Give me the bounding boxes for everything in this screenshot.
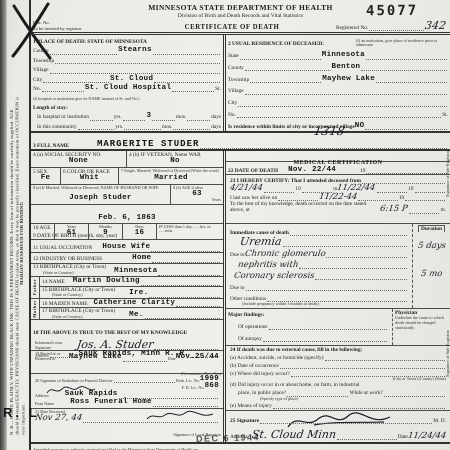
dotted-line bbox=[187, 113, 210, 121]
occupation-label: 11 USUAL OCCUPATION bbox=[33, 245, 92, 251]
age-label: 10 AGE bbox=[33, 225, 52, 231]
row-occupation: 11 USUAL OCCUPATIONHouse Wife bbox=[31, 240, 223, 253]
dotted-line bbox=[78, 122, 115, 130]
dotted-line bbox=[280, 361, 445, 369]
father-section: Father 14 NAMEMartin Dowling 15 BIRTHPLA… bbox=[31, 277, 223, 299]
full-name-label: 3 FULL NAME bbox=[33, 143, 69, 149]
external-cause-block: 24 If death was due to external cause, f… bbox=[226, 346, 450, 411]
dotted-line bbox=[269, 322, 388, 330]
physician-address-value: St. Cloud Minn bbox=[251, 429, 337, 440]
dotted-line bbox=[260, 416, 432, 424]
institution-note: (If an institution, give place of reside… bbox=[356, 39, 448, 48]
age-months-value: 9 bbox=[91, 230, 120, 238]
embalmer-section: 20 Signature of Embalmer or Funeral Dire… bbox=[31, 374, 223, 409]
due-to-line2: nephritis with bbox=[237, 261, 298, 270]
yrs-label: yrs. bbox=[115, 124, 123, 130]
immediate-cause-value: Uremia bbox=[239, 236, 282, 247]
age-years-value: 61 bbox=[57, 230, 86, 238]
dotted-line bbox=[151, 244, 220, 252]
dotted-line bbox=[283, 239, 407, 247]
dotted-line bbox=[114, 375, 175, 383]
mother-birthplace-value: Me. bbox=[129, 312, 143, 320]
buried-label: 19 Buried at or Removed to bbox=[35, 352, 69, 361]
industry-value: Home bbox=[132, 255, 151, 263]
certify-block: 23 I HEREBY CERTIFY: That I attended dec… bbox=[226, 175, 450, 224]
dotted-line bbox=[152, 255, 220, 263]
informant-section: 18 THE ABOVE IS TRUE TO THE BEST OF MY K… bbox=[31, 320, 223, 351]
certificate-form: MINNESOTA STATE DEPARTMENT OF HEALTH Div… bbox=[31, 0, 450, 450]
row-spouse: 8 (a) If Married, Widowed or Divorced, N… bbox=[31, 185, 223, 205]
dotted-line bbox=[263, 334, 387, 342]
dotted-line bbox=[152, 113, 175, 121]
dotted-line bbox=[315, 272, 407, 280]
if-less-note: IF LESS than 1 day, ......hrs. or ......… bbox=[159, 225, 221, 234]
received-date-stamp: DEC 6 1944 bbox=[196, 432, 260, 444]
duration-column: Duration 5 days 5 mo bbox=[412, 224, 450, 308]
full-name-value: MARGERITE STUDER bbox=[97, 140, 199, 149]
duration-label: Duration bbox=[418, 225, 445, 232]
informant-signature: Jos. A. Studer bbox=[76, 339, 154, 350]
in-community-label: In this community bbox=[37, 124, 77, 130]
dotted-line bbox=[43, 75, 109, 83]
occupation-value: House Wife bbox=[102, 244, 150, 252]
dist-no-block: Dist. No. To be inserted by registrar bbox=[33, 20, 128, 31]
cause-of-death-block: Immediate cause of death Uremia Due toCh… bbox=[226, 224, 450, 309]
dotted-line bbox=[264, 185, 295, 193]
dotted-line bbox=[172, 84, 214, 92]
hospital-stay-months: 3 bbox=[146, 113, 151, 121]
certificate-title: CERTIFICATE OF DEATH bbox=[128, 24, 336, 31]
dotted-line bbox=[366, 166, 447, 174]
dotted-line bbox=[299, 261, 407, 269]
external-e-label: (e) Means of injury bbox=[230, 403, 272, 409]
date-received-value: Nov 27, 44 bbox=[34, 414, 82, 423]
informant-title: 18 THE ABOVE IS TRUE TO THE BEST OF MY K… bbox=[33, 330, 187, 336]
full-name-row: 3 FULL NAME MARGERITE STUDER bbox=[31, 133, 450, 151]
dotted-line bbox=[366, 52, 447, 60]
father-side-label: Father bbox=[31, 277, 40, 298]
dotted-line bbox=[377, 185, 408, 193]
fd-lic-value: 868 bbox=[205, 383, 219, 391]
spouse-name-value: Joseph Studer bbox=[33, 195, 168, 203]
binding-edge bbox=[0, 0, 7, 450]
last-saw-date: 11/22-44 bbox=[318, 193, 357, 202]
top-sections: 1 PLACE OF DEATH: STATE OF MINNESOTA Cou… bbox=[31, 35, 450, 133]
death-time-value: 6:15 P bbox=[379, 205, 408, 214]
dotted-line bbox=[200, 141, 447, 149]
dotted-line bbox=[278, 193, 318, 201]
dotted-line bbox=[124, 122, 161, 130]
mos-label: mos. bbox=[162, 124, 172, 130]
dotted-line bbox=[361, 63, 447, 71]
row-sex-race-marital: 5 SEXFe 6 COLOR OR RACEWhit 7 Single, Ma… bbox=[31, 168, 223, 185]
dotted-line bbox=[273, 401, 445, 409]
due-to-line1: Chronic glomerulo bbox=[244, 250, 326, 259]
veteran-value: No bbox=[129, 158, 221, 166]
buried-date-value: Nov.25/44 bbox=[176, 354, 219, 362]
row-date-of-death: 22 DATE OF DEATHNov. 22/4419 bbox=[226, 162, 450, 175]
mother-birthplace-sublabel: (State or Country) bbox=[42, 315, 115, 320]
dotted-line bbox=[325, 353, 445, 361]
place-of-death-section: 1 PLACE OF DEATH: STATE OF MINNESOTA Cou… bbox=[31, 35, 226, 131]
dotted-line bbox=[123, 113, 146, 121]
amended-row: Amended pursuant to authority received a… bbox=[31, 442, 450, 450]
sub-registrar-vertical-label-2: Signature of Sub-Registrar bbox=[445, 330, 450, 377]
main-body: 4 (a) SOCIAL SECURITY NO.None 4 (b) IF V… bbox=[31, 151, 450, 442]
informant-signature-label: Informant's own Signature bbox=[35, 341, 77, 350]
years-word: Years bbox=[173, 198, 221, 203]
dotted-line bbox=[199, 445, 447, 450]
major-findings-block: Major findings: Of operations Of autopsy… bbox=[226, 309, 450, 346]
registered-no-block: Registered No. 342 bbox=[336, 20, 446, 31]
dotted-line bbox=[237, 110, 441, 118]
days-label: days bbox=[211, 124, 221, 130]
dotted-line bbox=[365, 122, 447, 130]
hospital-name-value: St. Cloud Hospital bbox=[85, 85, 171, 93]
dotted-line bbox=[326, 250, 407, 258]
dob-value: Feb. 6, 1863 bbox=[98, 214, 156, 222]
city-value: St. Cloud bbox=[110, 76, 153, 84]
dotted-line bbox=[173, 122, 210, 130]
dotted-line bbox=[158, 268, 220, 276]
dotted-line bbox=[50, 47, 117, 55]
left-margin-strip: N. B.—WRITE PLAINLY, WITH UNFADING BLACK… bbox=[7, 0, 31, 450]
sub-registrar-vertical-label: Signature of Sub-Registrar bbox=[445, 150, 450, 197]
other-conditions-sublabel: (Include pregnancy within 3 months of de… bbox=[242, 302, 319, 307]
father-name-value: Martin Dowling bbox=[73, 278, 140, 286]
dotted-line bbox=[55, 56, 220, 64]
m-suffix: m. bbox=[440, 207, 446, 213]
dotted-line bbox=[145, 311, 220, 319]
dotted-line bbox=[250, 75, 321, 83]
mother-maiden-value: Catherine Clarity bbox=[94, 300, 176, 308]
dotted-line bbox=[153, 399, 218, 407]
due-to-line3: Coronary sclerosis bbox=[233, 272, 315, 281]
dotted-line bbox=[245, 63, 331, 71]
dotted-line bbox=[42, 84, 84, 92]
date-of-death-label: 22 DATE OF DEATH bbox=[228, 168, 278, 174]
certificate-number-stamp: 45077 bbox=[366, 3, 418, 19]
dotted-line bbox=[369, 23, 424, 31]
dotted-line bbox=[245, 87, 447, 95]
corner-handwritten-mark: R. L bbox=[3, 405, 40, 420]
dist-no-note: To be inserted by registrar bbox=[33, 26, 128, 32]
row-ssn-veteran: 4 (a) SOCIAL SECURITY NO.None 4 (b) IF V… bbox=[31, 151, 223, 168]
personal-column: 4 (a) SOCIAL SECURITY NO.None 4 (b) IF V… bbox=[31, 151, 226, 442]
dotted-line bbox=[290, 228, 407, 236]
dotted-line bbox=[90, 113, 113, 121]
father-name-label: 14 NAME bbox=[42, 279, 65, 285]
mother-section: Mother 16 MAIDEN NAMECatherine Clarity 1… bbox=[31, 299, 223, 321]
father-birthplace-sublabel: (State or Country) bbox=[42, 293, 115, 298]
mother-maiden-label: 16 MAIDEN NAME bbox=[42, 301, 88, 307]
dotted-line bbox=[409, 206, 440, 214]
race-value: Whit bbox=[63, 175, 116, 183]
spouse-label: 8 (a) If Married, Widowed or Divorced, N… bbox=[33, 186, 168, 191]
dotted-line bbox=[238, 99, 447, 107]
mother-side-label: Mother bbox=[31, 299, 40, 320]
birthplace-value: Minnesota bbox=[114, 268, 157, 276]
marital-label: 7 Single, Married, Widowed or Divorced (… bbox=[121, 169, 221, 174]
dotted-line bbox=[415, 185, 446, 193]
sex-value: Fe bbox=[33, 175, 58, 183]
attended-from-date: 4/21/44 bbox=[229, 184, 263, 193]
marital-value: Married bbox=[121, 175, 221, 183]
residence-state-value: Minnesota bbox=[322, 52, 365, 60]
due-duration-value: 5 mo bbox=[420, 270, 442, 279]
of-operations-label: Of operations bbox=[230, 324, 268, 330]
dotted-line bbox=[358, 193, 398, 201]
row-industry: 12 INDUSTRY OR BUSINESSHome bbox=[31, 253, 223, 264]
physician-date-value: 11/24/44 bbox=[407, 432, 446, 441]
dotted-line bbox=[384, 389, 445, 397]
of-autopsy-label: Of autopsy bbox=[230, 336, 262, 342]
year-19: 19 bbox=[360, 168, 365, 174]
city-limits-value: NO bbox=[355, 123, 365, 131]
row-age: 10 AGE Years61 Months9 Days16 IF LESS th… bbox=[31, 224, 223, 240]
buried-date-label: Date bbox=[168, 357, 176, 362]
dotted-line bbox=[337, 432, 397, 440]
medical-column: MEDICAL CERTIFICATION 22 DATE OF DEATHNo… bbox=[226, 151, 450, 442]
dotted-line bbox=[240, 52, 321, 60]
registered-no-label: Registered No. bbox=[336, 25, 368, 31]
physician-date-label: Date bbox=[398, 434, 408, 440]
residence-township-value: Mayhew Lake bbox=[322, 76, 375, 84]
row-date-of-birth: Feb. 6, 1863 9 DATE OF BIRTH (month, day… bbox=[31, 205, 223, 224]
physician-note: Underline the cause to which death shoul… bbox=[395, 316, 448, 330]
signature-25-label: 25 Signature bbox=[230, 418, 259, 424]
ssn-value: None bbox=[33, 158, 124, 166]
date-received-section: 21 Date Received Nov 27, 44 Signature of… bbox=[31, 409, 223, 442]
physician-note-box: Physician Underline the cause to which d… bbox=[392, 309, 450, 345]
father-birthplace-value: Ire. bbox=[129, 290, 148, 298]
death-occurred-label: To the best of my knowledge, death occur… bbox=[230, 201, 380, 214]
dotted-line bbox=[246, 283, 407, 291]
age-days-value: 16 bbox=[125, 230, 154, 238]
firm-name-value: Ross Funeral Home bbox=[70, 399, 152, 407]
dotted-line bbox=[50, 66, 220, 74]
death-certificate-scan: N. B.—WRITE PLAINLY, WITH UNFADING BLACK… bbox=[0, 0, 450, 450]
margin-binding-note: MARGIN RESERVED FOR BINDING bbox=[19, 165, 25, 285]
cause-duration-value: 5 days bbox=[417, 242, 446, 251]
dotted-line bbox=[376, 75, 447, 83]
dotted-line bbox=[176, 299, 220, 307]
handwritten-number: 1318 bbox=[313, 124, 346, 138]
row-birthplace: 13 BIRTHPLACE (City or Town)(State or Co… bbox=[31, 264, 223, 277]
dotted-line bbox=[405, 193, 445, 201]
dotted-line bbox=[123, 354, 167, 362]
dotted-line bbox=[149, 290, 220, 298]
industry-label: 12 INDUSTRY OR BUSINESS bbox=[33, 256, 102, 262]
dotted-line bbox=[141, 278, 220, 286]
date-of-death-value: Nov. 22/44 bbox=[288, 167, 336, 175]
registered-no-value: 342 bbox=[424, 20, 447, 31]
county-value: Stearns bbox=[118, 47, 152, 55]
major-findings-label: Major findings: bbox=[228, 312, 390, 318]
birthplace-sublabel: (State or Country) bbox=[33, 271, 106, 276]
residence-county-value: Benton bbox=[332, 64, 361, 72]
md-suffix: M. D. bbox=[433, 418, 446, 424]
registrar-signature-scrawl bbox=[145, 410, 215, 422]
dotted-line bbox=[154, 75, 220, 83]
dotted-line bbox=[153, 47, 220, 55]
burial-section: 19 Buried at or Removed toMayhew LakeDat… bbox=[31, 351, 223, 374]
buried-place-value: Mayhew Lake bbox=[69, 354, 122, 362]
usual-residence-section: 2 USUAL RESIDENCE OF DECEASED:(If an ins… bbox=[226, 35, 450, 131]
